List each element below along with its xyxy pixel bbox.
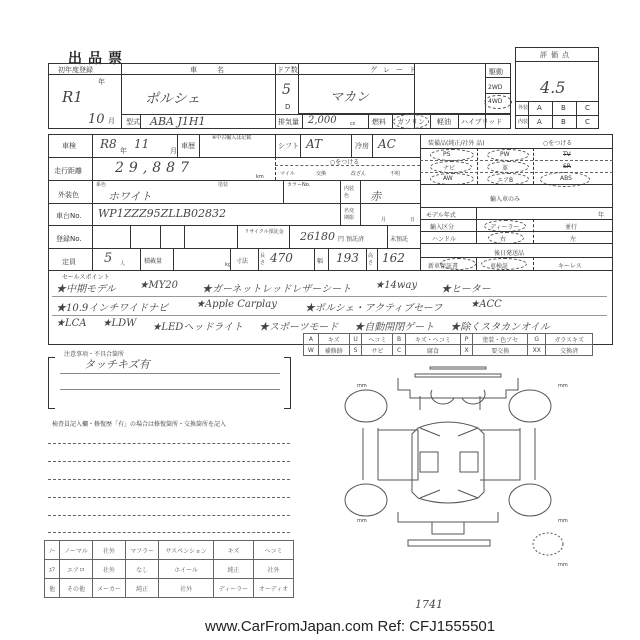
expiry-day-unit: 日 bbox=[410, 216, 415, 223]
divider bbox=[48, 203, 420, 204]
ac-value: AC bbox=[378, 137, 396, 151]
divider bbox=[420, 134, 421, 270]
divider bbox=[430, 114, 431, 129]
interior-grade-a: A bbox=[537, 118, 542, 126]
model-label: 型式 bbox=[126, 117, 140, 127]
mileage-value: 29,887 bbox=[115, 160, 194, 176]
legend-desc: キズ bbox=[318, 334, 349, 345]
displacement-unit: cc bbox=[350, 121, 356, 127]
equipment-label: 装備品(純正/社外 品) bbox=[428, 138, 485, 147]
legend-desc: ガラスキズ bbox=[546, 334, 593, 345]
mod-row-header: ﾉｰ bbox=[45, 541, 60, 560]
divider bbox=[48, 157, 420, 158]
docs-registration-circle bbox=[481, 258, 527, 270]
mod-cell: ディーラー bbox=[213, 579, 253, 598]
divider bbox=[476, 207, 477, 243]
divider bbox=[485, 77, 511, 78]
handle-label: ハンドル bbox=[432, 234, 456, 243]
divider bbox=[289, 225, 290, 248]
notes-bracket-right bbox=[284, 357, 291, 409]
grade-label: グレード bbox=[370, 65, 422, 75]
divider bbox=[121, 63, 122, 129]
equip-tv: TV bbox=[563, 151, 571, 158]
history-note: ※中古輸入は記載 bbox=[212, 134, 251, 141]
fuel-selected-circle bbox=[393, 114, 429, 129]
mileage-label: 走行距離 bbox=[54, 166, 82, 176]
interior-color-label: 内装色 bbox=[344, 185, 358, 199]
sales-point: ★Apple Carplay bbox=[196, 299, 277, 314]
divider bbox=[275, 165, 420, 166]
sales-point: ★ポルシェ・アクティブセーフ bbox=[305, 299, 442, 314]
interior-grade-label: 内装 bbox=[518, 118, 528, 125]
first-registration-month: 10 bbox=[88, 112, 105, 127]
sales-point: ★MY20 bbox=[140, 280, 179, 295]
divider bbox=[302, 114, 303, 129]
divider bbox=[420, 243, 613, 244]
legend-row: W補修跡 Sサビ C腐食 X要交換 XX交換済 bbox=[304, 345, 593, 356]
divider bbox=[275, 157, 276, 180]
legend-code: C bbox=[393, 345, 405, 356]
mod-cell: オーディオ bbox=[253, 579, 293, 598]
sales-point: ★ガーネットレッドレザーシート bbox=[202, 280, 351, 295]
import-type-parallel: 並行 bbox=[565, 222, 577, 231]
dimensions-label: 寸法 bbox=[236, 256, 248, 265]
mod-cell: ノーマル bbox=[60, 541, 93, 560]
footer-reference: www.CarFromJapan.com Ref: CFJ1555501 bbox=[205, 618, 495, 635]
inspection-label: 車検 bbox=[62, 141, 76, 151]
recycle-not-deposited: 未預託 bbox=[390, 234, 408, 243]
mod-cell: 社外 bbox=[92, 560, 125, 579]
divider bbox=[48, 532, 290, 533]
divider bbox=[48, 443, 290, 444]
legend-code: G bbox=[528, 334, 546, 345]
length-value: 470 bbox=[270, 251, 293, 265]
sales-point: ★14way bbox=[375, 280, 417, 295]
fuel-option-diesel: 軽油 bbox=[437, 117, 451, 127]
width-value: 193 bbox=[336, 251, 359, 265]
sales-point: ★中期モデル bbox=[56, 280, 116, 295]
fuel-label: 燃料 bbox=[372, 117, 386, 127]
sales-point: ★ACC bbox=[470, 299, 502, 314]
sales-points-line-1: ★中期モデル ★MY20 ★ガーネットレッドレザーシート ★14way ★ヒータ… bbox=[56, 280, 491, 295]
divider bbox=[140, 114, 141, 129]
year-unit: 年 bbox=[98, 77, 105, 87]
mod-row-header: ｴｱ bbox=[45, 560, 60, 579]
mod-cell: なし bbox=[126, 560, 159, 579]
divider bbox=[377, 248, 378, 270]
sales-point: ★LDW bbox=[102, 318, 136, 333]
capacity-value: 5 bbox=[104, 251, 112, 266]
tire-label-spare: mm bbox=[558, 562, 568, 568]
exterior-grade-b: B bbox=[561, 104, 566, 112]
legend-desc: 交換済 bbox=[546, 345, 593, 356]
shift-value: AT bbox=[306, 137, 322, 151]
divider bbox=[552, 101, 553, 129]
divider bbox=[300, 134, 301, 157]
mod-row: ﾉｰ ノーマル 社外 マフラー サスペンション キズ ヘコミ bbox=[45, 541, 294, 560]
divider bbox=[420, 184, 613, 185]
interior-grade-b: B bbox=[561, 118, 566, 126]
inspection-year: R8 bbox=[100, 137, 117, 151]
color-sub-label: 系色 bbox=[96, 181, 106, 188]
divider bbox=[515, 61, 599, 62]
docs-warranty-circle bbox=[440, 258, 476, 270]
divider bbox=[420, 207, 613, 208]
legend-code: A bbox=[304, 334, 319, 345]
divider bbox=[48, 497, 290, 498]
mileage-option-tampered: 改ざん bbox=[351, 170, 366, 177]
divider bbox=[48, 225, 420, 226]
legend-code: W bbox=[304, 345, 319, 356]
drive-label: 駆動 bbox=[489, 67, 503, 77]
legend-desc: 塗装・色アセ bbox=[473, 334, 528, 345]
equip-sr: SR bbox=[563, 163, 571, 170]
interior-grade-c: C bbox=[585, 118, 590, 126]
sales-points-line-2: ★10.9インチワイドナビ ★Apple Carplay ★ポルシェ・アクティブ… bbox=[56, 299, 502, 314]
mod-cell: メーカー bbox=[92, 579, 125, 598]
car-diagram-icon bbox=[320, 362, 580, 572]
mileage-option-mile: マイル bbox=[280, 170, 295, 177]
tire-label-rl: mm bbox=[357, 518, 367, 524]
doors-label: ドア数 bbox=[277, 65, 298, 75]
divider bbox=[533, 257, 534, 270]
width-label: 幅 bbox=[317, 256, 323, 265]
legend-desc: 要交換 bbox=[473, 345, 528, 356]
divider bbox=[48, 515, 290, 516]
legend-code: B bbox=[393, 334, 405, 345]
docs-keyless: キーレス bbox=[558, 261, 582, 270]
height-label: 高さ bbox=[368, 252, 374, 266]
divider bbox=[48, 248, 420, 249]
tire-label-rr: mm bbox=[558, 518, 568, 524]
sales-point: ★LEDヘッドライト bbox=[152, 318, 243, 333]
lot-number: 1741 bbox=[415, 598, 443, 611]
interior-color-value: 赤 bbox=[370, 188, 381, 204]
mod-cell: 社外 bbox=[159, 579, 214, 598]
capacity-label: 定員 bbox=[62, 257, 76, 267]
divider bbox=[283, 180, 284, 203]
notes-value: タッチキズ有 bbox=[84, 356, 150, 372]
sales-points-line-3: ★LCA ★LDW ★LEDヘッドライト ★スポーツモード ★自動開閉ゲート ★… bbox=[56, 318, 550, 333]
divider bbox=[52, 296, 607, 297]
mod-cell: その他 bbox=[60, 579, 93, 598]
legend-desc: サビ bbox=[362, 345, 393, 356]
divider bbox=[368, 114, 369, 129]
divider bbox=[52, 315, 607, 316]
mod-cell: エアロ bbox=[60, 560, 93, 579]
capacity-unit: 人 bbox=[120, 260, 125, 267]
inspector-note-label: 検査員記入欄・修復歴「有」の場合は修復箇所・交換箇所を記入 bbox=[52, 419, 226, 428]
divider bbox=[173, 248, 174, 270]
color-label: 外装色 bbox=[58, 190, 79, 200]
legend-row: Aキズ Uヘコミ Bキズ・ヘコミ P塗装・色アセ Gガラスキズ bbox=[304, 334, 593, 345]
divider bbox=[48, 479, 290, 480]
divider bbox=[177, 134, 178, 157]
mileage-option-unknown: 不明 bbox=[390, 170, 400, 177]
mod-row: ｴｱ エアロ 社外 なし ホイール 純正 社外 bbox=[45, 560, 294, 579]
sales-point: ★10.9インチワイドナビ bbox=[56, 299, 168, 314]
divider bbox=[60, 373, 280, 374]
sales-point: ★除くスタカンオイル bbox=[450, 318, 550, 333]
divider bbox=[476, 257, 477, 270]
legend-desc: ヘコミ bbox=[362, 334, 393, 345]
divider bbox=[372, 134, 373, 157]
mod-cell: ホイール bbox=[159, 560, 214, 579]
divider bbox=[576, 101, 577, 129]
legend-code: X bbox=[460, 345, 472, 356]
divider bbox=[387, 225, 388, 248]
legend-desc: キズ・ヘコミ bbox=[405, 334, 460, 345]
divider bbox=[314, 248, 315, 270]
divider bbox=[351, 134, 352, 157]
divider bbox=[420, 231, 613, 232]
model-year-unit: 年 bbox=[598, 210, 604, 219]
inspection-year-unit: 年 bbox=[120, 146, 127, 156]
model-year-label: モデル年式 bbox=[426, 210, 456, 219]
fuel-option-hybrid: ハイブリッド bbox=[461, 117, 502, 127]
mod-cell: 純正 bbox=[213, 560, 253, 579]
import-only-label: 輸入車のみ bbox=[490, 194, 520, 203]
max-load-label: 積載量 bbox=[144, 256, 162, 265]
divider bbox=[140, 248, 141, 270]
damage-legend-table: Aキズ Uヘコミ Bキズ・ヘコミ P塗装・色アセ Gガラスキズ W補修跡 Sサビ… bbox=[303, 333, 593, 356]
drive-option-2wd: 2WD bbox=[488, 84, 502, 91]
history-label: 車歴 bbox=[181, 141, 195, 151]
divider bbox=[160, 225, 161, 248]
doors-value: 5 bbox=[282, 82, 291, 98]
mod-cell: ヘコミ bbox=[253, 541, 293, 560]
mod-cell: キズ bbox=[213, 541, 253, 560]
length-label: 長さ bbox=[260, 252, 266, 266]
expiry-month-unit: 月 bbox=[381, 216, 386, 223]
legend-code: U bbox=[349, 334, 362, 345]
legend-code: S bbox=[349, 345, 362, 356]
divider bbox=[48, 461, 290, 462]
ac-label: 冷房 bbox=[355, 141, 369, 151]
legend-desc: 腐食 bbox=[405, 345, 460, 356]
tire-label-fl: mm bbox=[357, 383, 367, 389]
legend-code: P bbox=[460, 334, 472, 345]
divider bbox=[130, 225, 131, 248]
notes-bracket-left bbox=[48, 357, 55, 409]
divider bbox=[458, 114, 459, 129]
mod-cell: 社外 bbox=[253, 560, 293, 579]
exterior-grade-label: 外装 bbox=[518, 104, 528, 111]
color-value: ホワイト bbox=[108, 188, 152, 204]
modification-table: ﾉｰ ノーマル 社外 マフラー サスペンション キズ ヘコミ ｴｱ エアロ 社外… bbox=[44, 540, 294, 598]
inspection-month: 11 bbox=[134, 137, 149, 151]
chassis-label: 車台No. bbox=[56, 211, 82, 221]
displacement-label: 排気量 bbox=[278, 117, 299, 127]
divider bbox=[477, 148, 478, 184]
divider bbox=[60, 389, 280, 390]
score-value: 4.5 bbox=[540, 78, 565, 97]
paint-label: 塗装 bbox=[218, 181, 228, 188]
model-value: ABA J1H1 bbox=[150, 115, 205, 128]
divider bbox=[92, 134, 93, 270]
divider bbox=[258, 248, 259, 270]
divider bbox=[420, 219, 613, 220]
mod-row: 他 その他 メーカー 純正 社外 ディーラー オーディオ bbox=[45, 579, 294, 598]
registration-no-label: 登録No. bbox=[56, 234, 82, 244]
divider bbox=[48, 270, 613, 271]
mod-cell: 純正 bbox=[126, 579, 159, 598]
divider bbox=[366, 248, 367, 270]
recycle-label: リサイクル預託金 bbox=[244, 228, 284, 235]
mod-row-header: 他 bbox=[45, 579, 60, 598]
exterior-grade-c: C bbox=[585, 104, 590, 112]
divider bbox=[328, 248, 329, 270]
inspection-month-unit: 月 bbox=[170, 146, 177, 156]
sales-point: ★ヒーター bbox=[441, 280, 491, 295]
score-label: 評価点 bbox=[540, 50, 573, 60]
divider bbox=[230, 248, 231, 270]
car-name-value: ポルシェ bbox=[145, 88, 200, 108]
sales-point: ★LCA bbox=[56, 318, 86, 333]
recycle-value: 26180 bbox=[300, 230, 335, 243]
doors-suffix: D bbox=[285, 103, 290, 111]
mod-cell: サスペンション bbox=[159, 541, 214, 560]
recycle-deposited: 預託済 bbox=[346, 234, 364, 243]
sales-point: ★自動開閉ゲート bbox=[354, 318, 434, 333]
grade-value: マカン bbox=[330, 86, 369, 105]
recycle-unit: 円 bbox=[338, 234, 344, 243]
docs-label: 後日発送品 bbox=[494, 248, 524, 257]
car-name-label: 車名 bbox=[190, 65, 244, 75]
import-type-label: 輸入区分 bbox=[430, 222, 454, 231]
color-no-label: カラーNo. bbox=[287, 181, 310, 188]
first-registration-year: R1 bbox=[62, 88, 83, 106]
mileage-option-replaced: 交換 bbox=[316, 170, 326, 177]
divider bbox=[184, 225, 185, 248]
divider bbox=[275, 134, 276, 157]
height-value: 162 bbox=[382, 251, 405, 265]
divider bbox=[485, 93, 511, 94]
sales-point: ★スポーツモード bbox=[259, 318, 338, 333]
tire-label-fr: mm bbox=[558, 383, 568, 389]
drive-selected-circle bbox=[484, 95, 512, 109]
divider bbox=[199, 134, 200, 157]
legend-desc: 補修跡 bbox=[318, 345, 349, 356]
name-change-expiry-label: 名変期限 bbox=[344, 207, 358, 221]
month-unit: 月 bbox=[108, 116, 115, 126]
equipment-circle-note: ○をつける bbox=[543, 138, 572, 147]
shift-label: シフト bbox=[278, 141, 299, 151]
divider bbox=[237, 225, 238, 248]
divider bbox=[533, 148, 534, 184]
mod-cell: 社外 bbox=[92, 541, 125, 560]
legend-code: XX bbox=[528, 345, 546, 356]
handle-left: 左 bbox=[570, 234, 576, 243]
exterior-grade-a: A bbox=[537, 104, 542, 112]
mod-cell: マフラー bbox=[126, 541, 159, 560]
divider bbox=[528, 101, 529, 129]
chassis-value: WP1ZZZ95ZLLB02832 bbox=[98, 207, 226, 220]
displacement-value: 2,000 bbox=[308, 115, 337, 126]
